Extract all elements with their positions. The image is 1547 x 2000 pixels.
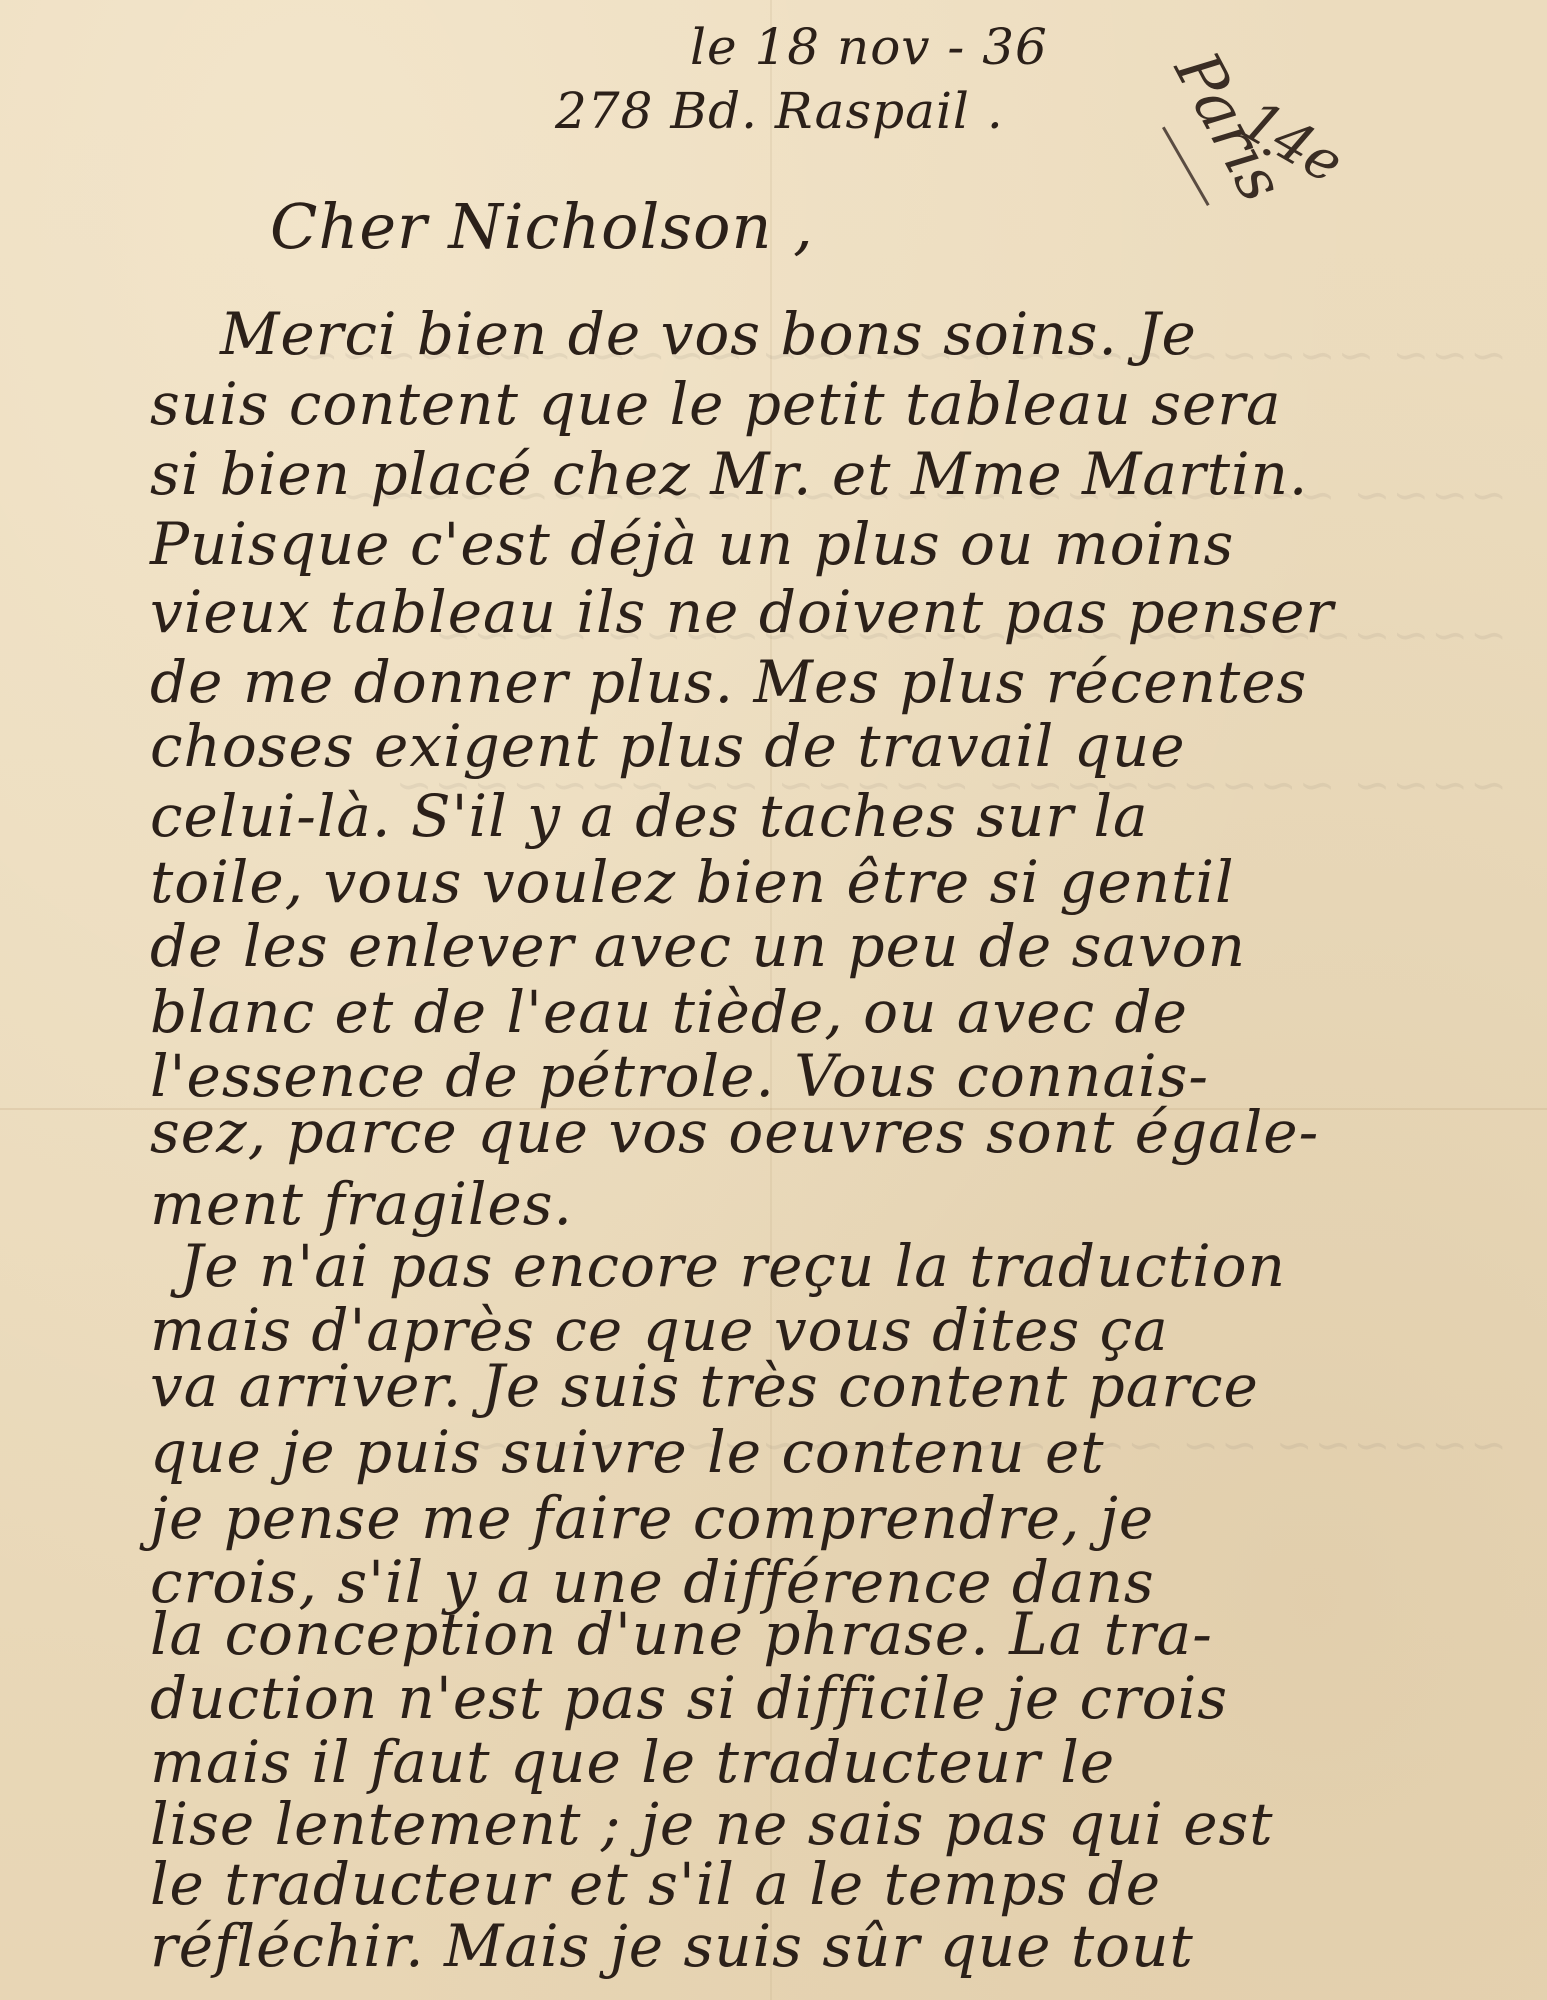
letter-line: toile, vous voulez bien être si gentil	[150, 848, 1235, 916]
letter-line: de les enlever avec un peu de savon	[150, 912, 1246, 980]
letter-line: blanc et de l'eau tiède, ou avec de	[150, 978, 1188, 1046]
letter-line: lise lentement ; je ne sais pas qui est	[150, 1790, 1274, 1858]
letter-address: 278 Bd. Raspail .	[555, 82, 1004, 140]
letter-line: mais il faut que le traducteur le	[150, 1728, 1115, 1796]
letter-line: sez, parce que vos oeuvres sont égale-	[150, 1098, 1319, 1166]
letter-line: choses exigent plus de travail que	[150, 712, 1186, 780]
letter-line: vieux tableau ils ne doivent pas penser	[150, 578, 1334, 646]
letter-line: si bien placé chez Mr. et Mme Martin.	[150, 440, 1308, 508]
letter-line: Puisque c'est déjà un plus ou moins	[150, 510, 1234, 578]
letter-line: duction n'est pas si difficile je crois	[150, 1664, 1228, 1732]
letter-line: que je puis suivre le contenu et	[150, 1418, 1105, 1486]
letter-date: le 18 nov - 36	[690, 18, 1048, 76]
letter-line: celui-là. S'il y a des taches sur la	[150, 782, 1149, 850]
letter-line: réfléchir. Mais je suis sûr que tout	[150, 1912, 1194, 1980]
letter-line: je pense me faire comprendre, je	[150, 1484, 1154, 1552]
letter-line: le traducteur et s'il a le temps de	[150, 1850, 1161, 1918]
letter-line: ment fragiles.	[150, 1170, 573, 1238]
letter-line: Merci bien de vos bons soins. Je	[220, 300, 1197, 368]
letter-line: de me donner plus. Mes plus récentes	[150, 648, 1307, 716]
letter-line: la conception d'une phrase. La tra-	[150, 1600, 1213, 1668]
letter-line: Je n'ai pas encore reçu la traduction	[180, 1232, 1286, 1300]
letter-line: va arriver. Je suis très content parce	[150, 1352, 1259, 1420]
letter-line: suis content que le petit tableau sera	[150, 370, 1282, 438]
salutation: Cher Nicholson ,	[270, 190, 814, 263]
